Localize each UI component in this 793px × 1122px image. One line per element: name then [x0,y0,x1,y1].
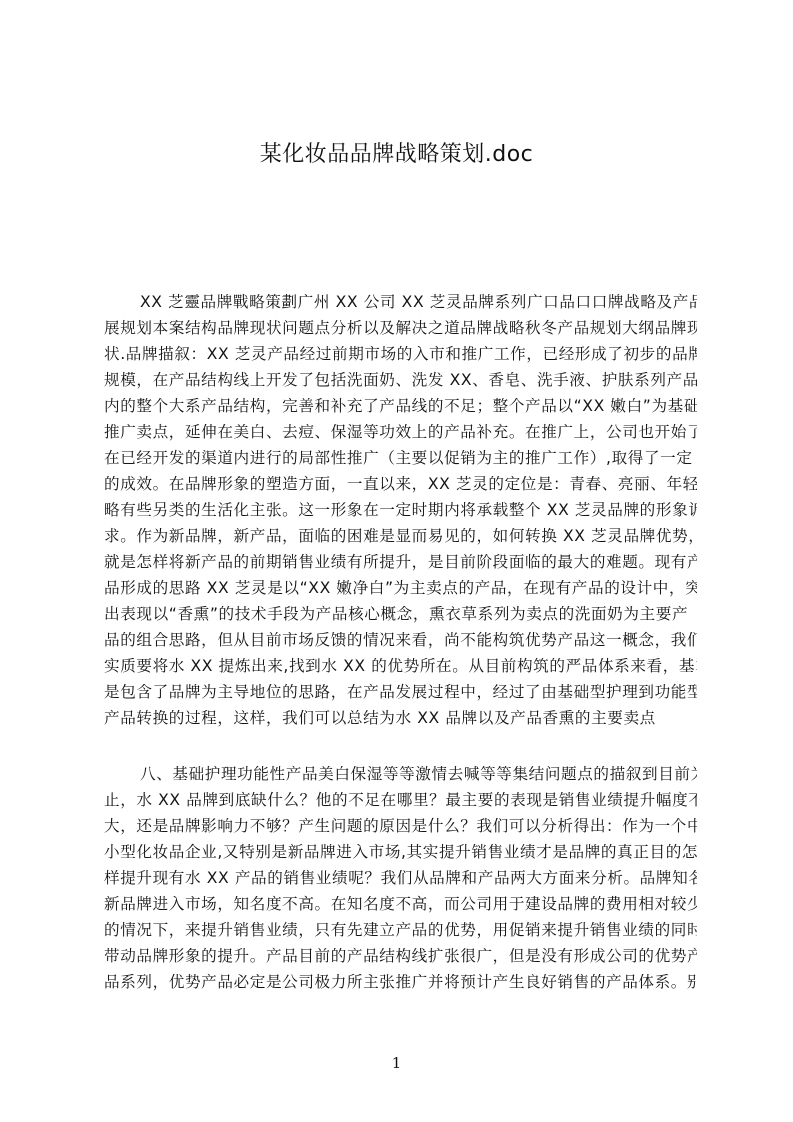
paragraph-2: 八、基础护理功能性产品美白保湿等等激情去喊等等集结问题点的描叙到目前为 止，水 … [104,761,697,995]
paragraph-line: 出表现以“香熏”的技术手段为产品核心概念，熏衣草系列为卖点的洗面奶为主要产 [104,601,697,627]
paragraph-line: 求。作为新品牌，新产品，面临的困难是显而易见的，如何转换 XX 芝灵品牌优势，也 [104,523,697,549]
paragraph-line: 状.品牌描叙：XX 芝灵产品经过前期市场的入市和推广工作，已经形成了初步的品牌 [104,341,697,367]
paragraph-line: 带动品牌形象的提升。产品目前的产品结构线扩张很广，但是没有形成公司的优势产 [104,943,697,969]
paragraph-line: 内的整个大系产品结构，完善和补充了产品线的不足；整个产品以“XX 嫩白”为基础 [104,393,697,419]
document-title: 某化妆品品牌战略策划.doc [0,141,793,169]
paragraph-line: 就是怎样将新产品的前期销售业绩有所提升，是目前阶段面临的最大的难题。现有产 [104,549,697,575]
paragraph-line: 产品转换的过程，这样，我们可以总结为水 XX 品牌以及产品香熏的主要卖点 [104,705,697,731]
page-number: 1 [0,1053,793,1073]
paragraph-line: 品系列，优势产品必定是公司极力所主张推广并将预计产生良好销售的产品体系。别 [104,969,697,995]
paragraph-line: 品形成的思路 XX 芝灵是以“XX 嫩净白”为主卖点的产品，在现有产品的设计中，… [104,575,697,601]
paragraph-line: 规模，在产品结构线上开发了包括洗面奶、洗发 XX、香皂、洗手液、护肤系列产品在 [104,367,697,393]
paragraph-line: 实质要将水 XX 提炼出来,找到水 XX 的优势所在。从目前构筑的严品体系来看，… [104,653,697,679]
paragraph-line: 止，水 XX 品牌到底缺什么？他的不足在哪里？最主要的表现是销售业绩提升幅度不 [104,787,697,813]
paragraph-line: 略有些另类的生活化主张。这一形象在一定时期内将承载整个 XX 芝灵品牌的形象诉 [104,497,697,523]
paragraph-line: 是包含了品牌为主导地位的思路，在产品发展过程中，经过了由基础型护理到功能型 [104,679,697,705]
paragraph-line: 品的组合思路，但从目前市场反馈的情况来看，尚不能构筑优势产品这一概念，我们 [104,627,697,653]
paragraph-line: XX 芝靈品牌戰略策劃广州 XX 公司 XX 芝灵品牌系列广口品口口牌战略及产品… [104,289,697,315]
paragraph-line: 小型化妆品企业,又特别是新品牌进入市场,其实提升销售业绩才是品牌的真正目的怎 [104,839,697,865]
paragraph-line: 展规划本案结构品牌现状问题点分析以及解决之道品牌战略秋冬产品规划大纲品牌现 [104,315,697,341]
paragraph-line: 的成效。在品牌形象的塑造方面，一直以来，XX 芝灵的定位是：青春、亮丽、年轻化 [104,471,697,497]
paragraph-line: 新品牌进入市场，知名度不高。在知名度不高，而公司用于建设品牌的费用相对较少 [104,891,697,917]
paragraph-line: 推广卖点，延伸在美白、去痘、保湿等功效上的产品补充。在推广上，公司也开始了 [104,419,697,445]
paragraph-line: 八、基础护理功能性产品美白保湿等等激情去喊等等集结问题点的描叙到目前为 [104,761,697,787]
paragraph-line: 的情况下，来提升销售业绩，只有先建立产品的优势，用促销来提升销售业绩的同时 [104,917,697,943]
paragraph-line: 大，还是品牌影响力不够？产生问题的原因是什么？我们可以分析得出：作为一个中 [104,813,697,839]
paragraph-line: 在已经开发的渠道内进行的局部性推广（主要以促销为主的推广工作）,取得了一定 [104,445,697,471]
document-page: 某化妆品品牌战略策划.doc XX 芝靈品牌戰略策劃广州 XX 公司 XX 芝灵… [0,0,793,1122]
paragraph-1: XX 芝靈品牌戰略策劃广州 XX 公司 XX 芝灵品牌系列广口品口口牌战略及产品… [104,289,697,731]
paragraph-line: 样提升现有水 XX 产品的销售业绩呢？我们从品牌和产品两大方面来分析。品牌知名度 [104,865,697,891]
